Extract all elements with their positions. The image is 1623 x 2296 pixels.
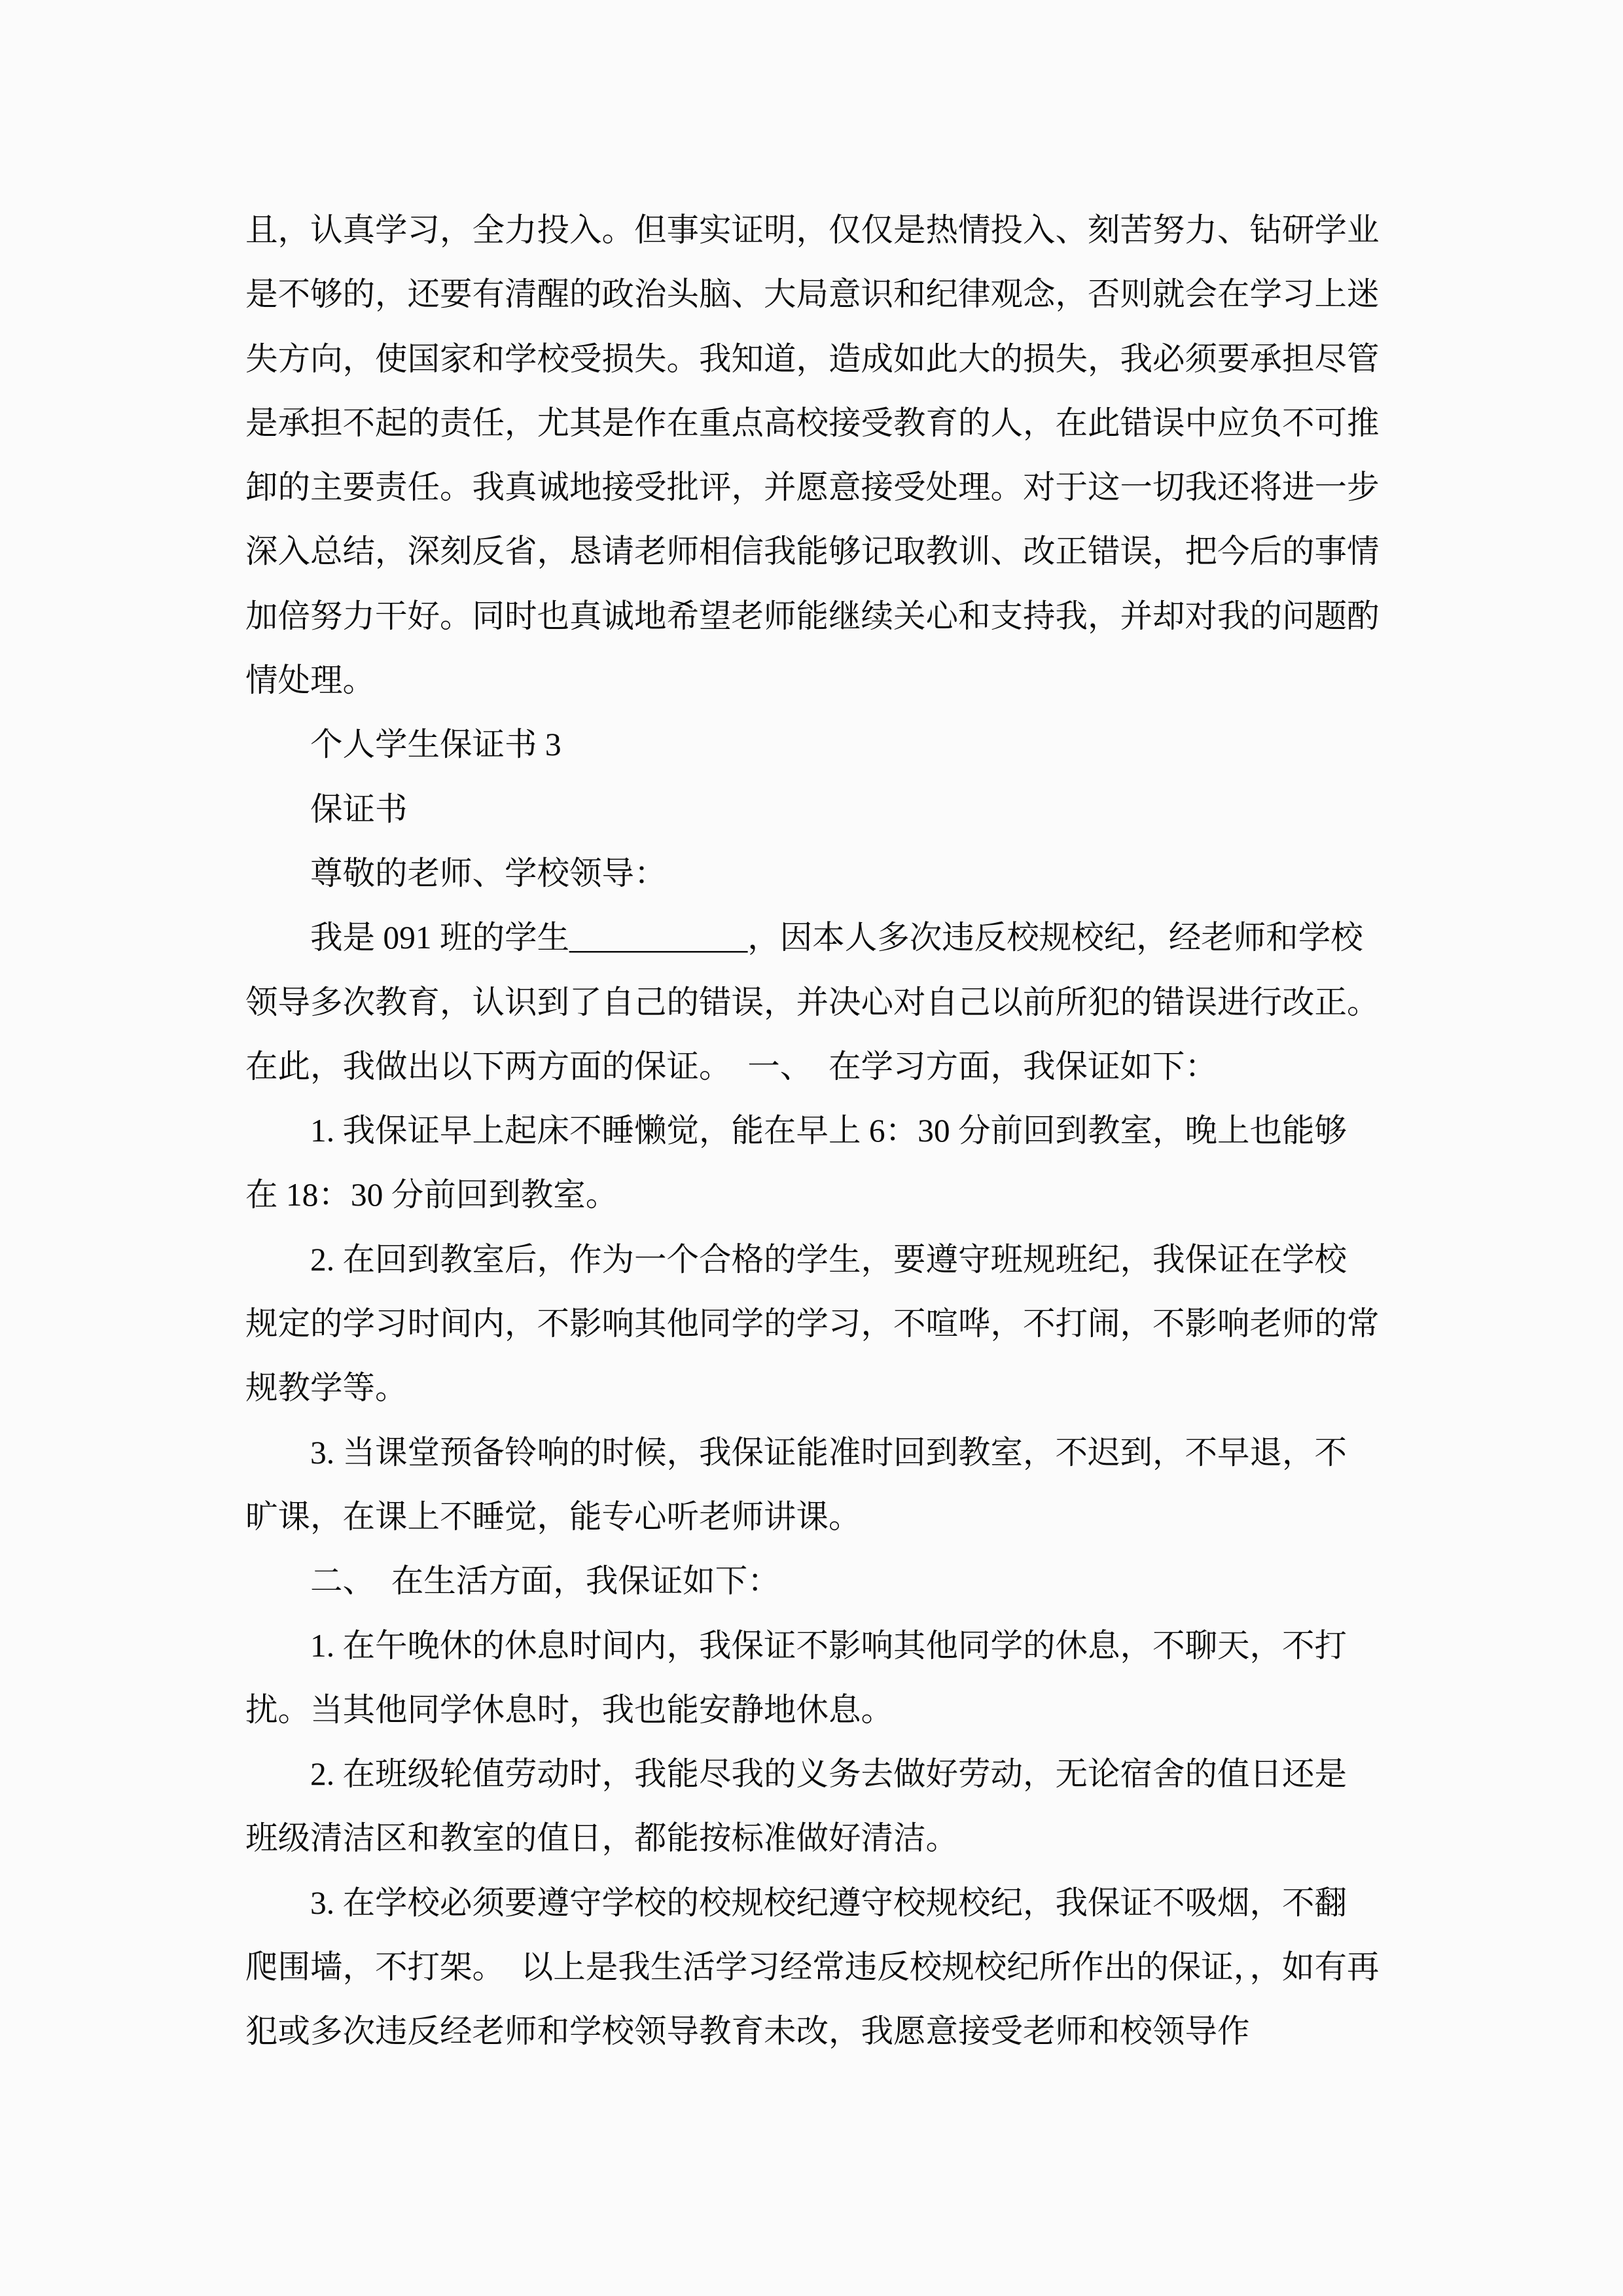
text-line: 二、 在生活方面，我保证如下：: [245, 1549, 1378, 1613]
text-line: 班级清洁区和教室的值日，都能按标准做好清洁。: [245, 1806, 1378, 1871]
text-line: 3. 在学校必须要遵守学校的校规校纪遵守校规校纪，我保证不吸烟，不翻: [245, 1871, 1378, 1935]
text-line: 加倍努力干好。同时也真诚地希望老师能继续关心和支持我，并却对我的问题酌: [245, 584, 1378, 649]
text-line: 是不够的，还要有清醒的政治头脑、大局意识和纪律观念，否则就会在学习上迷: [245, 262, 1378, 327]
text-line: 保证书: [245, 778, 1378, 842]
text-line: 深入总结，深刻反省，恳请老师相信我能够记取教训、改正错误，把今后的事情: [245, 520, 1378, 584]
text-line: 1. 在午晚休的休息时间内，我保证不影响其他同学的休息，不聊天，不打: [245, 1614, 1378, 1678]
text-line: 尊敬的老师、学校领导：: [245, 842, 1378, 906]
text-line: 在 18：30 分前回到教室。: [245, 1163, 1378, 1227]
text-line: 失方向，使国家和学校受损失。我知道，造成如此大的损失，我必须要承担尽管: [245, 327, 1378, 391]
text-line: 扰。当其他同学休息时，我也能安静地休息。: [245, 1678, 1378, 1742]
text-line: 2. 在班级轮值劳动时，我能尽我的义务去做好劳动，无论宿舍的值日还是: [245, 1742, 1378, 1806]
text-line: 个人学生保证书 3: [245, 713, 1378, 777]
text-line: 是承担不起的责任，尤其是作在重点高校接受教育的人，在此错误中应负不可推: [245, 391, 1378, 456]
text-line: 爬围墙，不打架。 以上是我生活学习经常违反校规校纪所作出的保证，，如有再: [245, 1935, 1378, 2000]
text-line: 2. 在回到教室后，作为一个合格的学生，要遵守班规班纪，我保证在学校: [245, 1228, 1378, 1292]
text-line: 3. 当课堂预备铃响的时候，我保证能准时回到教室，不迟到，不早退，不: [245, 1421, 1378, 1485]
document-text-block: 且，认真学习，全力投入。但事实证明，仅仅是热情投入、刻苦努力、钻研学业是不够的，…: [245, 198, 1378, 2064]
text-line: 旷课，在课上不睡觉，能专心听老师讲课。: [245, 1485, 1378, 1549]
text-line: 规定的学习时间内，不影响其他同学的学习，不喧哗，不打闹，不影响老师的常: [245, 1292, 1378, 1356]
text-line: 且，认真学习，全力投入。但事实证明，仅仅是热情投入、刻苦努力、钻研学业: [245, 198, 1378, 262]
document-page: 且，认真学习，全力投入。但事实证明，仅仅是热情投入、刻苦努力、钻研学业是不够的，…: [0, 0, 1623, 2296]
text-line: 卸的主要责任。我真诚地接受批评，并愿意接受处理。对于这一切我还将进一步: [245, 456, 1378, 520]
text-line: 1. 我保证早上起床不睡懒觉，能在早上 6：30 分前回到教室，晚上也能够: [245, 1099, 1378, 1163]
text-line: 领导多次教育，认识到了自己的错误，并决心对自己以前所犯的错误进行改正。: [245, 971, 1378, 1035]
text-line: 情处理。: [245, 649, 1378, 713]
text-line: 我是 091 班的学生___________，因本人多次违反校规校纪，经老师和学…: [245, 906, 1378, 970]
text-line: 犯或多次违反经老师和学校领导教育未改，我愿意接受老师和校领导作: [245, 2000, 1378, 2064]
text-line: 规教学等。: [245, 1356, 1378, 1420]
text-line: 在此，我做出以下两方面的保证。 一、 在学习方面，我保证如下：: [245, 1035, 1378, 1099]
